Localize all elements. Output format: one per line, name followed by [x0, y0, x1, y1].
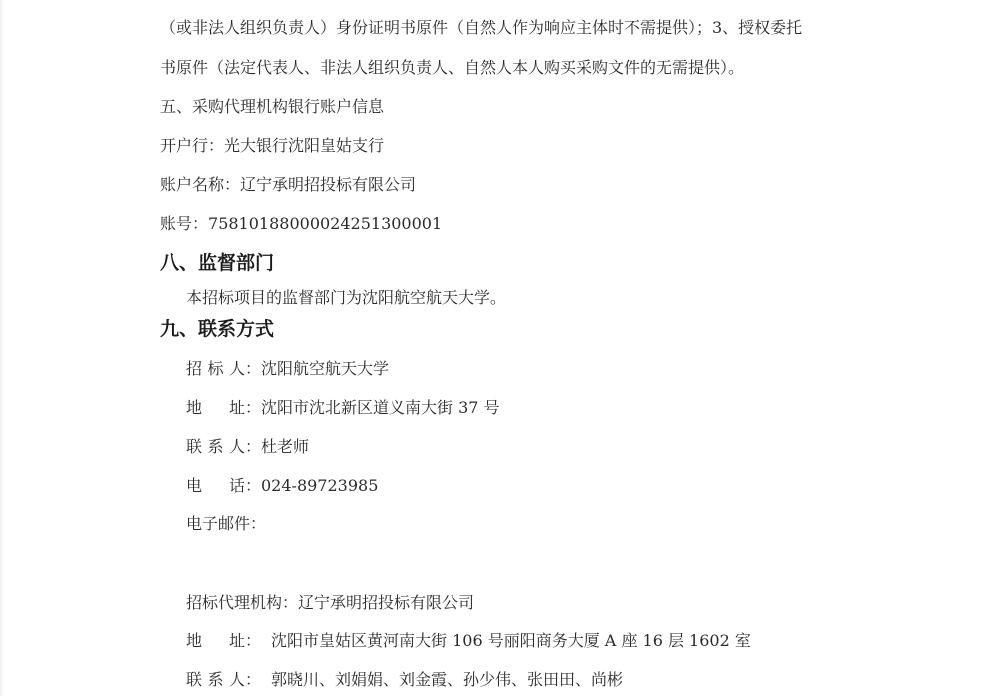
account-name-value: 辽宁承明招投标有限公司 — [240, 175, 416, 194]
tenderer-name-value: 沈阳航空航天大学 — [261, 359, 389, 378]
bank-row: 开户行：光大银行沈阳皇姑支行 — [160, 136, 384, 156]
tenderer-name-row: 招 标 人： 沈阳航空航天大学 — [186, 359, 389, 379]
tenderer-contact-value: 杜老师 — [261, 437, 309, 456]
tenderer-contact-row: 联 系 人： 杜老师 — [186, 437, 309, 457]
agency-address-value: 沈阳市皇姑区黄河南大街 106 号丽阳商务大厦 A 座 16 层 1602 室 — [271, 631, 751, 650]
tenderer-phone-value: 024-89723985 — [261, 476, 378, 495]
agency-contact-label: 联 系 人： — [186, 670, 261, 690]
tenderer-address-value: 沈阳市沈北新区道义南大街 37 号 — [261, 398, 500, 417]
section-8-body: 本招标项目的监督部门为沈阳航空航天大学。 — [186, 288, 506, 308]
section-8-heading: 八、监督部门 — [160, 253, 274, 273]
paragraph-line-1: （或非法人组织负责人）身份证明书原件（自然人作为响应主体时不需提供）；3、授权委… — [160, 18, 802, 38]
account-no-value: 75810188000024251300001 — [208, 214, 442, 233]
bank-value: 光大银行沈阳皇姑支行 — [224, 136, 384, 155]
agency-contact-value: 郭晓川、刘娟娟、刘金霞、孙少伟、张田田、尚彬 — [271, 670, 623, 689]
agency-contact-row: 联 系 人： 郭晓川、刘娟娟、刘金霞、孙少伟、张田田、尚彬 — [186, 670, 623, 690]
account-no-row: 账号：75810188000024251300001 — [160, 214, 442, 234]
tenderer-address-row: 地 址： 沈阳市沈北新区道义南大街 37 号 — [186, 398, 500, 418]
agency-name-value: 辽宁承明招投标有限公司 — [298, 593, 474, 612]
agency-name-row: 招标代理机构：辽宁承明招投标有限公司 — [186, 593, 474, 613]
account-name-row: 账户名称：辽宁承明招投标有限公司 — [160, 175, 416, 195]
agency-address-label: 地 址： — [186, 631, 261, 651]
tenderer-phone-label: 电 话： — [186, 476, 261, 496]
tenderer-contact-label: 联 系 人： — [186, 437, 261, 457]
tenderer-phone-row: 电 话： 024-89723985 — [186, 476, 378, 496]
tenderer-email-label: 电子邮件： — [186, 514, 266, 533]
agency-name-label: 招标代理机构： — [186, 593, 298, 612]
account-no-label: 账号： — [160, 214, 208, 233]
bank-section-title: 五、采购代理机构银行账户信息 — [160, 97, 384, 117]
tenderer-address-label: 地 址： — [186, 398, 261, 418]
bank-label: 开户行： — [160, 136, 224, 155]
account-name-label: 账户名称： — [160, 175, 240, 194]
section-9-heading: 九、联系方式 — [160, 319, 274, 339]
tenderer-name-label: 招 标 人： — [186, 359, 261, 379]
page-edge-shadow — [0, 0, 4, 696]
agency-address-row: 地 址： 沈阳市皇姑区黄河南大街 106 号丽阳商务大厦 A 座 16 层 16… — [186, 631, 751, 651]
tenderer-email-row: 电子邮件： — [186, 514, 266, 534]
paragraph-line-2: 书原件（法定代表人、非法人组织负责人、自然人本人购买采购文件的无需提供）。 — [160, 58, 744, 78]
